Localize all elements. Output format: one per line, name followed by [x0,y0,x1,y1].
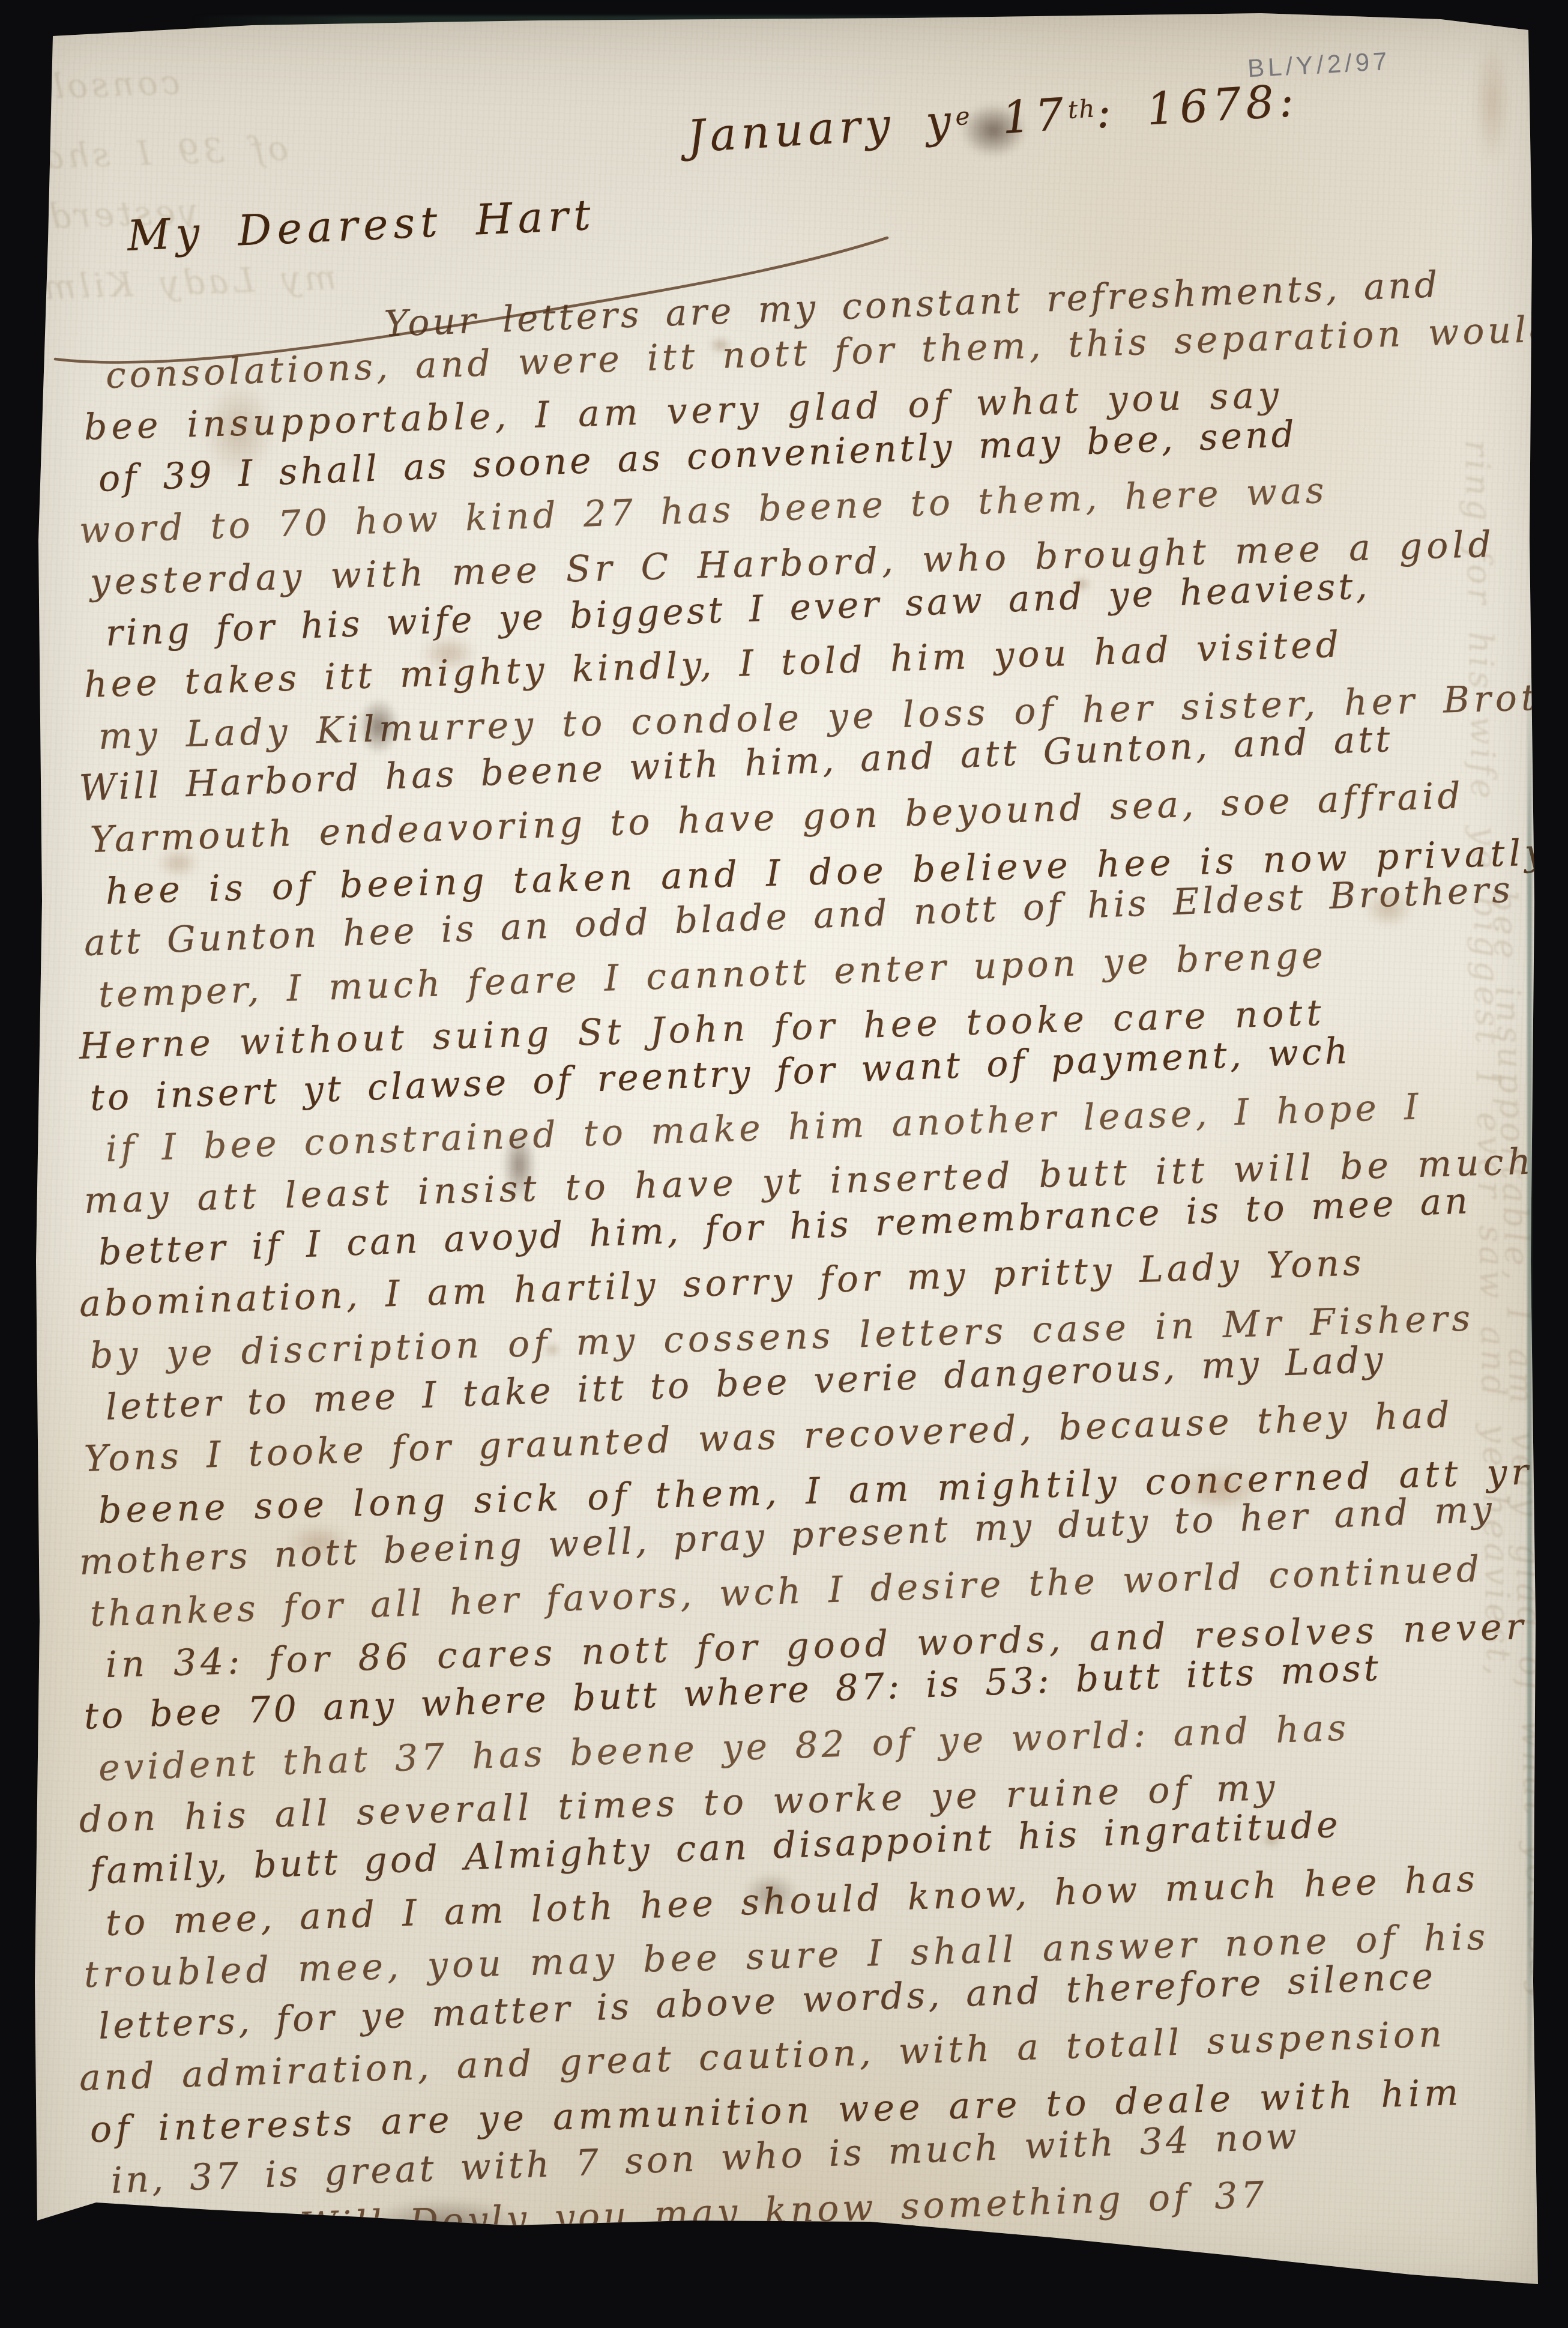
bleedthrough-text: consolations, and were itt nott for them… [0,63,181,150]
bleedthrough-text: my Lady Kilmurrey to condole ye loss of … [0,258,337,346]
date-superscript-e: e [954,101,972,131]
date-part: 17 [969,88,1070,145]
date-part: : 1678: [1094,75,1300,139]
bleedthrough-text: bee insupportable, I am very glad of wha… [1485,889,1563,2004]
ink-stain [1474,38,1510,165]
bleedthrough-text: of 39 I shall as soone as conveniently m… [0,129,289,209]
letter-page: BL/Y/2/97 January ye 17th: 1678: My Dear… [0,0,1568,2328]
salutation: My Dearest Hart [126,190,597,261]
date-part: January y [686,95,957,163]
scan-edge-sliver-right [1527,661,1532,2162]
scan-background: BL/Y/2/97 January ye 17th: 1678: My Dear… [0,0,1568,2328]
date-superscript-th: th [1067,94,1097,124]
date-line: January ye 17th: 1678: [686,75,1300,163]
